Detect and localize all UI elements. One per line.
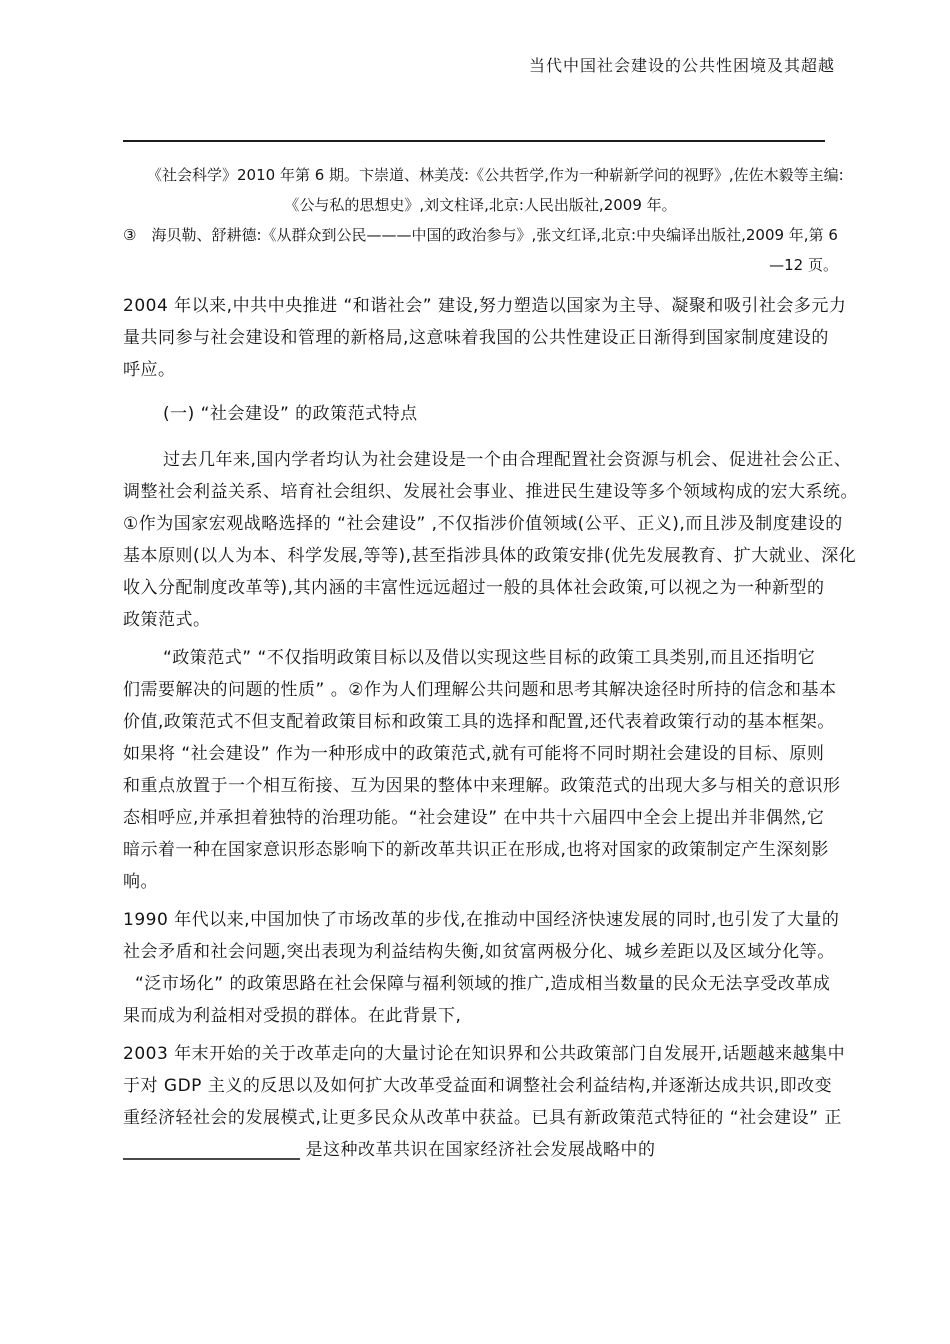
text-line: 基本原则(以人为本、科学发展,等等),甚至指涉具体的政策安排(优先发展教育、扩大…	[123, 540, 838, 572]
text-line: 如果将 “社会建设” 作为一种形成中的政策范式,就有可能将不同时期社会建设的目标…	[123, 738, 838, 770]
text-line: 是这种改革共识在国家经济社会发展战略中的	[123, 1134, 838, 1166]
text-line: 于对 GDP 主义的反思以及如何扩大改革受益面和调整社会利益结构,并逐渐达成共识…	[123, 1070, 838, 1102]
text-line: 1990 年代以来,中国加快了市场改革的步伐,在推动中国经济快速发展的同时,也引…	[123, 904, 838, 936]
text-line: 态相呼应,并承担着独特的治理功能。“社会建设” 在中共十六届四中全会上提出并非偶…	[123, 802, 838, 834]
heading-policy-paradigm: (一) “社会建设” 的政策范式特点	[123, 398, 838, 430]
para-social-construction-system: 过去几年来,国内学者均认为社会建设是一个由合理配置社会资源与机会、促进社会公正、…	[123, 444, 838, 636]
text-line: 2004 年以来,中共中央推进 “和谐社会” 建设,努力塑造以国家为主导、凝聚和…	[123, 290, 838, 322]
footnote-block: 《社会科学》2010 年第 6 期。卞崇道、林美茂:《公共哲学,作为一种崭新学问…	[123, 160, 838, 280]
text-line: 过去几年来,国内学者均认为社会建设是一个由合理配置社会资源与机会、促进社会公正、	[123, 444, 838, 476]
para-harmonious-society: 2004 年以来,中共中央推进 “和谐社会” 建设,努力塑造以国家为主导、凝聚和…	[123, 290, 838, 386]
text-line: “泛市场化” 的政策思路在社会保障与福利领域的推广,造成相当数量的民众无法享受改…	[123, 968, 838, 1000]
footnote-line: ③ 海贝勒、舒耕德:《从群众到公民———中国的政治参与》,张文红译,北京:中央编…	[123, 220, 838, 250]
text-line: 重经济轻社会的发展模式,让更多民众从改革中获益。已具有新政策范式特征的 “社会建…	[123, 1102, 838, 1134]
document-body: 2004 年以来,中共中央推进 “和谐社会” 建设,努力塑造以国家为主导、凝聚和…	[123, 290, 838, 1166]
section-heading-line: (一) “社会建设” 的政策范式特点	[123, 398, 838, 430]
footnote-line: 《社会科学》2010 年第 6 期。卞崇道、林美茂:《公共哲学,作为一种崭新学问…	[123, 160, 838, 190]
text-line: 果而成为利益相对受损的群体。在此背景下,	[123, 1000, 838, 1032]
text-line: 调整社会利益关系、培育社会组织、发展社会事业、推进民生建设等多个领域构成的宏大系…	[123, 476, 838, 508]
header-rule	[123, 140, 825, 142]
text-line: 政策范式。	[123, 604, 838, 636]
footnote-line: —12 页。	[123, 250, 838, 280]
text-line: 收入分配制度改革等),其内涵的丰富性远远超过一般的具体社会政策,可以视之为一种新…	[123, 572, 838, 604]
para-policy-paradigm-definition: “政策范式” “不仅指明政策目标以及借以实现这些目标的政策工具类别,而且还指明它…	[123, 642, 838, 898]
text-line: 响。	[123, 866, 838, 898]
text-line: 价值,政策范式不但支配着政策目标和政策工具的选择和配置,还代表着政策行动的基本框…	[123, 706, 838, 738]
text-line: 社会矛盾和社会问题,突出表现为利益结构失衡,如贫富两极分化、城乡差距以及区域分化…	[123, 936, 838, 968]
para-market-reform-problems: 1990 年代以来,中国加快了市场改革的步伐,在推动中国经济快速发展的同时,也引…	[123, 904, 838, 1032]
text-line: 暗示着一种在国家意识形态影响下的新改革共识正在形成,也将对国家的政策制定产生深刻…	[123, 834, 838, 866]
text-line: 呼应。	[123, 354, 838, 386]
document-page: 当代中国社会建设的公共性困境及其超越 《社会科学》2010 年第 6 期。卞崇道…	[0, 0, 950, 1344]
text-line: 量共同参与社会建设和管理的新格局,这意味着我国的公共性建设正日渐得到国家制度建设…	[123, 322, 838, 354]
para-2003-reform-consensus: 2003 年末开始的关于改革走向的大量讨论在知识界和公共政策部门自发展开,话题越…	[123, 1038, 838, 1166]
text-line: 们需要解决的问题的性质” 。②作为人们理解公共问题和思考其解决途径时所持的信念和…	[123, 674, 838, 706]
text-line: 2003 年末开始的关于改革走向的大量讨论在知识界和公共政策部门自发展开,话题越…	[123, 1038, 838, 1070]
text-line: 和重点放置于一个相互衔接、互为因果的整体中来理解。政策范式的出现大多与相关的意识…	[123, 770, 838, 802]
footnote-line: 《公与私的思想史》,刘文柱译,北京:人民出版社,2009 年。	[123, 190, 838, 220]
text-line: “政策范式” “不仅指明政策目标以及借以实现这些目标的政策工具类别,而且还指明它	[123, 642, 838, 674]
text-line: ①作为国家宏观战略选择的 “社会建设” ,不仅指涉价值领域(公平、正义),而且涉…	[123, 508, 838, 540]
running-header-title: 当代中国社会建设的公共性困境及其超越	[123, 54, 835, 78]
footnote-separator-rule	[123, 1158, 300, 1160]
